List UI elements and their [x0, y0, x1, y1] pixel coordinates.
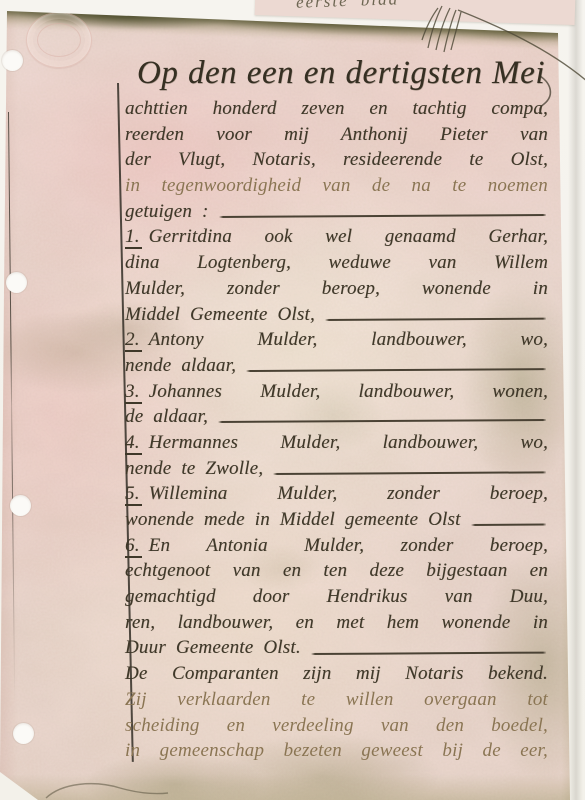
item-number: 6.	[125, 536, 142, 558]
manuscript-text: ren, landbouwer, en met hem wonende in	[125, 612, 548, 633]
manuscript-text: nende te Zwolle,	[125, 456, 263, 482]
item-number: 5.	[125, 484, 142, 506]
manuscript-line: nende aldaar,	[125, 353, 548, 379]
line-filler-rule	[246, 368, 546, 371]
manuscript-line: 1.Gerritdina ook wel genaamd Gerhar,	[125, 224, 548, 250]
manuscript-line: in gemeenschap bezeten geweest bij de ee…	[125, 738, 548, 764]
manuscript-line: in tegenwoordigheid van de na te noemen	[125, 173, 548, 199]
punch-hole	[6, 272, 27, 293]
pen-flourish-icon	[398, 0, 585, 90]
manuscript-line: achttien honderd zeven en tachtig compa,	[125, 96, 548, 122]
line-filler-rule	[218, 419, 546, 423]
manuscript-line: De Comparanten zijn mij Notaris bekend.	[125, 661, 548, 687]
punch-hole	[2, 50, 23, 71]
manuscript-text: scheiding en verdeeling van den boedel,	[125, 715, 548, 736]
scanner-background: Op den een en dertigsten Mei achttien ho…	[0, 0, 585, 800]
document-page: Op den een en dertigsten Mei achttien ho…	[0, 0, 585, 800]
manuscript-text: De Comparanten zijn mij Notaris bekend.	[125, 663, 548, 684]
manuscript-line: ren, landbouwer, en met hem wonende in	[125, 610, 548, 636]
line-filler-rule	[325, 317, 546, 320]
manuscript-text: Antony Mulder, landbouwer, wo,	[149, 329, 548, 350]
manuscript-text: Johannes Mulder, landbouwer, wonen,	[149, 381, 548, 402]
manuscript-line: dina Logtenberg, weduwe van Willem	[125, 250, 548, 276]
manuscript-line: Mulder, zonder beroep, wonende in	[125, 276, 548, 302]
manuscript-line: gemachtigd door Hendrikus van Duu,	[125, 584, 548, 610]
line-filler-rule	[273, 471, 546, 474]
manuscript-text: getuigen :	[125, 199, 209, 225]
manuscript-text: Willemina Mulder, zonder beroep,	[149, 483, 548, 504]
manuscript-line: 3.Johannes Mulder, landbouwer, wonen,	[125, 379, 548, 405]
ink-dot	[7, 779, 10, 783]
manuscript-text: in tegenwoordigheid van de na te noemen	[125, 175, 548, 196]
punch-hole	[13, 723, 34, 744]
manuscript-text: achttien honderd zeven en tachtig compa,	[125, 98, 548, 119]
bottom-pen-flourish-icon	[42, 779, 172, 800]
manuscript-text: de aldaar,	[125, 404, 208, 430]
manuscript-line: Zij verklaarden te willen overgaan tot	[125, 687, 548, 713]
manuscript-line: wonende mede in Middel gemeente Olst	[125, 507, 548, 533]
manuscript-body: achttien honderd zeven en tachtig compa,…	[125, 96, 548, 764]
manuscript-line: getuigen :	[125, 199, 548, 225]
manuscript-text: dina Logtenberg, weduwe van Willem	[125, 252, 548, 273]
manuscript-line: 5.Willemina Mulder, zonder beroep,	[125, 481, 548, 507]
manuscript-text: nende aldaar,	[125, 353, 236, 379]
manuscript-text: Duur Gemeente Olst.	[125, 635, 301, 661]
manuscript-text: Zij verklaarden te willen overgaan tot	[125, 689, 548, 710]
manuscript-text: Mulder, zonder beroep, wonende in	[125, 278, 548, 299]
item-number: 4.	[125, 433, 142, 455]
manuscript-line: Middel Gemeente Olst,	[125, 302, 548, 328]
manuscript-text: Gerritdina ook wel genaamd Gerhar,	[149, 226, 548, 247]
item-number: 3.	[125, 382, 142, 404]
manuscript-line: echtgenoot van en ten deze bijgestaan en	[125, 558, 548, 584]
manuscript-line: scheiding en verdeeling van den boedel,	[125, 713, 548, 739]
manuscript-text: reerden voor mij Anthonij Pieter van	[125, 124, 548, 145]
item-number: 2.	[125, 330, 142, 352]
manuscript-line: der Vlugt, Notaris, resideerende te Olst…	[125, 147, 548, 173]
manuscript-text: in gemeenschap bezeten geweest bij de ee…	[125, 740, 548, 761]
manuscript-line: Duur Gemeente Olst.	[125, 635, 548, 661]
line-filler-rule	[219, 214, 546, 218]
line-filler-rule	[471, 524, 546, 526]
manuscript-line: de aldaar,	[125, 404, 548, 430]
manuscript-text: gemachtigd door Hendrikus van Duu,	[125, 586, 548, 607]
punch-hole	[10, 495, 31, 516]
manuscript-line: reerden voor mij Anthonij Pieter van	[125, 122, 548, 148]
manuscript-text: Hermannes Mulder, landbouwer, wo,	[149, 432, 548, 453]
manuscript-text: wonende mede in Middel gemeente Olst	[125, 507, 461, 533]
line-filler-rule	[311, 651, 546, 654]
manuscript-line: 2.Antony Mulder, landbouwer, wo,	[125, 327, 548, 353]
item-number: 1.	[125, 227, 142, 249]
left-fold-line	[8, 112, 16, 700]
manuscript-text: Middel Gemeente Olst,	[125, 302, 315, 328]
manuscript-line: 6.En Antonia Mulder, zonder beroep,	[125, 533, 548, 559]
manuscript-text: En Antonia Mulder, zonder beroep,	[149, 535, 548, 556]
manuscript-text: echtgenoot van en ten deze bijgestaan en	[125, 560, 548, 581]
manuscript-text: der Vlugt, Notaris, resideerende te Olst…	[125, 149, 548, 170]
embossed-seal	[26, 12, 92, 68]
manuscript-line: 4.Hermannes Mulder, landbouwer, wo,	[125, 430, 548, 456]
manuscript-line: nende te Zwolle,	[125, 456, 548, 482]
